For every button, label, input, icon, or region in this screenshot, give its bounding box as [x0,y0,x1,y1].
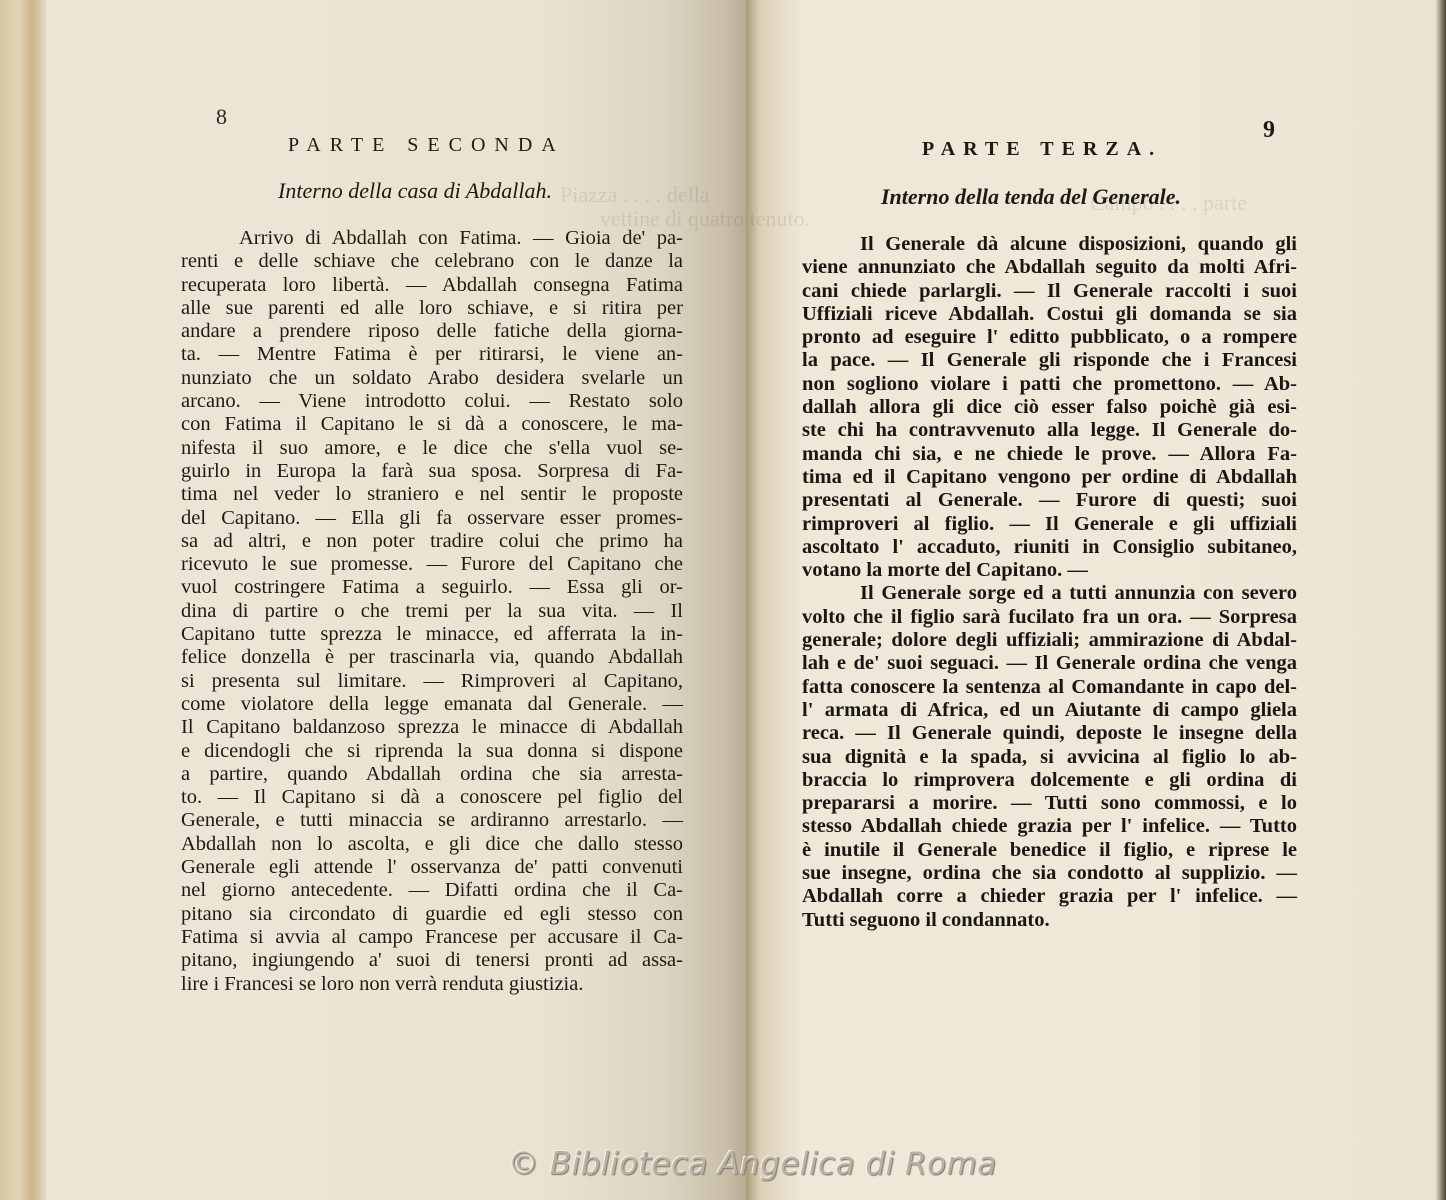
text-line: ascoltato l' accaduto, riuniti in Consig… [802,536,1297,559]
scene-title-right: Interno della tenda del Generale. [881,184,1181,210]
text-line: Generale, e tutti minaccia se ardiranno … [181,809,683,832]
scene-title-left: Interno della casa di Abdallah. [278,178,552,204]
text-line: la pace. — Il Generale gli risponde che … [802,349,1297,372]
text-line: non sogliono violare i patti che promett… [802,373,1297,396]
text-line: manda chi sia, e ne chiede le prove. — A… [802,443,1297,466]
text-line: presentati al Generale. — Furore di ques… [802,489,1297,512]
show-through-text: Piazza . . . . della [560,182,710,208]
text-line: to. — Il Capitano si dà a conoscere pel … [181,786,683,809]
text-line: volto che il figlio sarà fucilato fra un… [802,606,1297,629]
text-line: vuol costringere Fatima a seguirlo. — Es… [181,576,683,599]
text-line: Tutti seguono il condannato. [802,909,1297,932]
text-line: arcano. — Viene introdotto colui. — Rest… [181,390,683,413]
text-line: nifesta il suo amore, e le dice che s'el… [181,437,683,460]
text-line: è inutile il Generale benedice il figlio… [802,839,1297,862]
text-line: Uffiziali riceve Abdallah. Costui gli do… [802,303,1297,326]
page-number-right: 9 [1263,118,1275,142]
text-line: Abdallah corre a chieder grazia per l' i… [802,885,1297,908]
page-number-left: 8 [216,106,227,128]
text-line: lire i Francesi se loro non verrà rendut… [181,973,683,996]
text-line: braccia lo rimprovera dolcemente e gli o… [802,769,1297,792]
text-line: cani chiede parlargli. — Il Generale rac… [802,280,1297,303]
text-line: renti e delle schiave che celebrano con … [181,250,683,273]
text-line: votano la morte del Capitano. — [802,559,1297,582]
text-line: generale; dolore degli uffiziali; ammira… [802,629,1297,652]
text-line: e dicendogli che si riprenda la sua donn… [181,740,683,763]
text-line: a partire, quando Abdallah ordina che si… [181,763,683,786]
text-line: ste chi ha contravvenuto alla legge. Il … [802,419,1297,442]
text-line: felice donzella è per trascinarla via, q… [181,646,683,669]
text-line: lah e de' suoi seguaci. — Il Generale or… [802,652,1297,675]
text-line: guirlo in Europa la farà sua sposa. Sorp… [181,460,683,483]
book-spread: Piazza . . . . della vettine di quatro t… [0,0,1446,1200]
text-line: sue insegne, ordina che sia condotto al … [802,862,1297,885]
text-line: del Capitano. — Ella gli fa osservare es… [181,507,683,530]
text-line: Fatima si avvia al campo Francese per ac… [181,926,683,949]
text-line: l' armata di Africa, ed un Aiutante di c… [802,699,1297,722]
text-line: reca. — Il Generale quindi, deposte le i… [802,722,1297,745]
text-line: prepararsi a morire. — Tutti sono commos… [802,792,1297,815]
text-line: Il Generale sorge ed a tutti annunzia co… [802,582,1297,605]
text-line: Arrivo di Abdallah con Fatima. — Gioia d… [181,227,683,250]
text-line: sua dignità e la spada, si avvicina al f… [802,746,1297,769]
text-line: rimproveri al figlio. — Il Generale e gl… [802,513,1297,536]
text-line: nunziato che un soldato Arabo desidera s… [181,367,683,390]
text-line: fatta conoscere la sentenza al Comandant… [802,676,1297,699]
text-line: con Fatima il Capitano le si dà a conosc… [181,413,683,436]
body-text-right: Il Generale dà alcune disposizioni, quan… [802,233,1297,932]
body-text-left: Arrivo di Abdallah con Fatima. — Gioia d… [181,227,683,996]
text-line: pitano, ingiungendo a' suoi di tenersi p… [181,949,683,972]
text-line: viene annunziato che Abdallah seguito da… [802,256,1297,279]
part-title-left: PARTE SECONDA [288,134,565,157]
part-title-right: PARTE TERZA. [922,138,1162,161]
text-line: ta. — Mentre Fatima è per ritirarsi, le … [181,343,683,366]
text-line: ricevuto le sue promesse. — Furore del C… [181,553,683,576]
text-line: si presenta sul limitare. — Rimproveri a… [181,670,683,693]
page-stack-edge-left [0,0,46,1200]
text-line: pronto ad eseguire l' editto pubblicato,… [802,326,1297,349]
text-line: recuperata loro libertà. — Abdallah cons… [181,274,683,297]
text-line: Abdallah non lo ascolta, e gli dice che … [181,833,683,856]
text-line: tima nel veder lo straniero e nel sentir… [181,483,683,506]
text-line: Generale egli attende l' osservanza de' … [181,856,683,879]
text-line: pitano sia circondato di guardie ed egli… [181,903,683,926]
copyright-watermark: © Biblioteca Angelica di Roma [508,1146,997,1182]
text-line: alle sue parenti ed alle loro schiave, e… [181,297,683,320]
text-line: Capitano tutte sprezza le minacce, ed af… [181,623,683,646]
text-line: come violatore della legge emanata dal G… [181,693,683,716]
text-line: nel giorno antecedente. — Difatti ordina… [181,879,683,902]
text-line: andare a prendere riposo delle fatiche d… [181,320,683,343]
text-line: Il Generale dà alcune disposizioni, quan… [802,233,1297,256]
text-line: Il Capitano baldanzoso sprezza le minacc… [181,716,683,739]
text-line: stesso Abdallah chiede grazia per l' inf… [802,815,1297,838]
page-edge-right [1436,0,1446,1200]
text-line: sa ad altri, e non poter tradire colui c… [181,530,683,553]
text-line: dina di partire o che tremi per la sua v… [181,600,683,623]
text-line: tima ed il Capitano vengono per ordine d… [802,466,1297,489]
text-line: dallah allora gli dice ciò esser falso p… [802,396,1297,419]
